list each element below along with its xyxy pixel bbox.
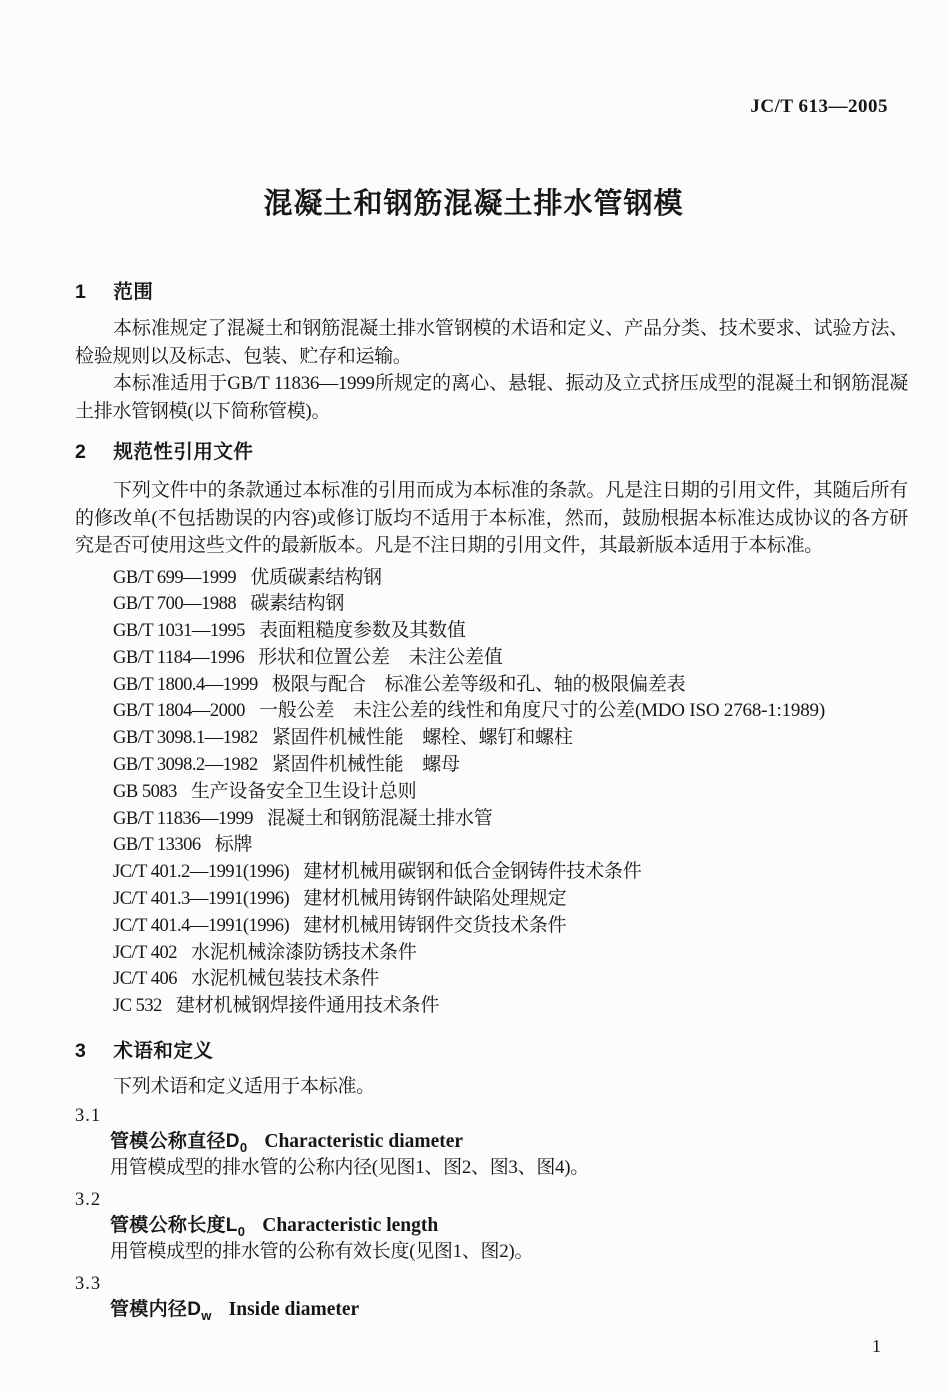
reference-item: GB 5083生产设备安全卫生设计总则: [113, 779, 908, 806]
term-zh-label: 管模公称长度L0: [110, 1215, 245, 1236]
reference-item: GB/T 13306标牌: [113, 832, 908, 859]
reference-title: 混凝土和钢筋混凝土排水管: [267, 808, 493, 829]
reference-item: GB/T 1184—1996形状和位置公差 未注公差值: [113, 645, 908, 672]
reference-code: GB/T 699—1999: [113, 568, 236, 588]
term-zh-text: 管模公称直径D: [110, 1131, 240, 1152]
terms-intro: 下列术语和定义适用于本标准。: [75, 1073, 908, 1101]
term-en-label: Characteristic length: [262, 1215, 438, 1236]
reference-code: JC/T 402: [113, 943, 177, 963]
reference-code: JC/T 401.2—1991(1996): [113, 862, 289, 882]
reference-title: 表面粗糙度参数及其数值: [259, 620, 466, 641]
document-title: 混凝土和钢筋混凝土排水管钢模: [57, 184, 890, 224]
reference-item: GB/T 1031—1995表面粗糙度参数及其数值: [113, 618, 908, 645]
reference-title: 建材机械用碳钢和低合金钢铸件技术条件: [303, 861, 641, 882]
reference-code: JC/T 406: [113, 969, 177, 989]
reference-title: 碳素结构钢: [250, 593, 344, 614]
reference-code: GB/T 1031—1995: [113, 621, 245, 641]
reference-item: GB/T 1804—2000一般公差 未注公差的线性和角度尺寸的公差(MDO I…: [113, 698, 908, 725]
term-3-1: 3.1 管模公称直径D0Characteristic diameter 用管模成…: [75, 1103, 908, 1181]
section-heading-text: 规范性引用文件: [113, 441, 253, 463]
reference-item: JC 532建材机械钢焊接件通用技术条件: [113, 993, 908, 1020]
scope-paragraph-1: 本标准规定了混凝土和钢筋混凝土排水管钢模的术语和定义、产品分类、技术要求、试验方…: [75, 315, 908, 370]
term-symbol-subscript: 0: [238, 1223, 246, 1238]
reference-code: GB/T 1800.4—1999: [113, 675, 258, 695]
reference-item: GB/T 1800.4—1999极限与配合 标准公差等级和孔、轴的极限偏差表: [113, 672, 908, 699]
page-content: 混凝土和钢筋混凝土排水管钢模 1范围 本标准规定了混凝土和钢筋混凝土排水管钢模的…: [0, 0, 950, 1323]
reference-item: GB/T 3098.2—1982紧固件机械性能 螺母: [113, 752, 908, 779]
scope-paragraph-2: 本标准适用于GB/T 11836—1999所规定的离心、悬辊、振动及立式挤压成型…: [75, 370, 908, 425]
section-terms-definitions: 3术语和定义 下列术语和定义适用于本标准。 3.1 管模公称直径D0Charac…: [75, 1037, 908, 1323]
term-heading: 管模内径DwInside diameter: [110, 1297, 908, 1323]
term-zh-label: 管模内径Dw: [110, 1299, 212, 1320]
reference-item: GB/T 3098.1—1982紧固件机械性能 螺栓、螺钉和螺柱: [113, 725, 908, 752]
section-scope: 1范围 本标准规定了混凝土和钢筋混凝土排水管钢模的术语和定义、产品分类、技术要求…: [75, 278, 908, 425]
standard-code: JC/T 613—2005: [750, 96, 888, 118]
reference-item: JC/T 406水泥机械包装技术条件: [113, 966, 908, 993]
term-heading: 管模公称长度L0Characteristic length: [110, 1213, 908, 1239]
reference-code: GB/T 3098.2—1982: [113, 755, 258, 775]
term-zh-text: 管模公称长度L: [110, 1215, 238, 1236]
term-definition: 用管模成型的排水管的公称内径(见图1、图2、图3、图4)。: [110, 1155, 908, 1181]
term-symbol-subscript: w: [201, 1307, 211, 1322]
reference-item: JC/T 401.3—1991(1996)建材机械用铸钢件缺陷处理规定: [113, 886, 908, 913]
reference-title: 一般公差 未注公差的线性和角度尺寸的公差(MDO ISO 2768-1:1989…: [259, 700, 825, 721]
reference-title: 建材机械用铸钢件交货技术条件: [303, 915, 566, 936]
term-number: 3.3: [75, 1271, 908, 1297]
reference-item: GB/T 700—1988碳素结构钢: [113, 591, 908, 618]
section-normative-references: 2规范性引用文件 下列文件中的条款通过本标准的引用而成为本标准的条款。凡是注日期…: [75, 438, 908, 1020]
term-symbol-subscript: 0: [240, 1139, 248, 1154]
section-heading-scope: 1范围: [75, 278, 908, 306]
reference-item: JC/T 401.4—1991(1996)建材机械用铸钢件交货技术条件: [113, 913, 908, 940]
normative-references-paragraph: 下列文件中的条款通过本标准的引用而成为本标准的条款。凡是注日期的引用文件，其随后…: [75, 477, 908, 560]
reference-code: GB/T 1184—1996: [113, 648, 244, 668]
reference-code: JC/T 401.4—1991(1996): [113, 916, 289, 936]
term-zh-text: 管模内径D: [110, 1299, 201, 1320]
reference-item: JC/T 401.2—1991(1996)建材机械用碳钢和低合金钢铸件技术条件: [113, 859, 908, 886]
reference-title: 建材机械用铸钢件缺陷处理规定: [303, 888, 566, 909]
reference-code: JC/T 401.3—1991(1996): [113, 889, 289, 909]
section-heading-normative-references: 2规范性引用文件: [75, 438, 908, 466]
reference-item: GB/T 699—1999优质碳素结构钢: [113, 565, 908, 592]
term-en-label: Inside diameter: [229, 1299, 360, 1320]
reference-title: 紧固件机械性能 螺栓、螺钉和螺柱: [272, 727, 573, 748]
term-heading: 管模公称直径D0Characteristic diameter: [110, 1129, 908, 1155]
page-number: 1: [872, 1336, 881, 1357]
reference-list: GB/T 699—1999优质碳素结构钢 GB/T 700—1988碳素结构钢 …: [75, 565, 908, 1021]
document-page: JC/T 613—2005 混凝土和钢筋混凝土排水管钢模 1范围 本标准规定了混…: [0, 0, 950, 1393]
reference-title: 优质碳素结构钢: [250, 567, 382, 588]
reference-code: GB/T 3098.1—1982: [113, 728, 258, 748]
reference-title: 建材机械钢焊接件通用技术条件: [176, 995, 439, 1016]
reference-code: GB/T 13306: [113, 835, 201, 855]
reference-title: 极限与配合 标准公差等级和孔、轴的极限偏差表: [272, 674, 686, 695]
reference-code: GB 5083: [113, 782, 177, 802]
reference-code: GB/T 1804—2000: [113, 701, 245, 721]
reference-title: 形状和位置公差 未注公差值: [258, 647, 502, 668]
term-definition: 用管模成型的排水管的公称有效长度(见图1、图2)。: [110, 1239, 908, 1265]
reference-item: JC/T 402水泥机械涂漆防锈技术条件: [113, 940, 908, 967]
term-en-label: Characteristic diameter: [264, 1131, 463, 1152]
section-heading-terms-definitions: 3术语和定义: [75, 1037, 908, 1065]
reference-code: GB/T 11836—1999: [113, 809, 253, 829]
term-number: 3.1: [75, 1103, 908, 1129]
term-3-3: 3.3 管模内径DwInside diameter: [75, 1271, 908, 1323]
reference-title: 标牌: [215, 834, 253, 855]
section-number: 1: [75, 278, 86, 306]
reference-code: JC 532: [113, 996, 162, 1016]
term-number: 3.2: [75, 1187, 908, 1213]
reference-title: 紧固件机械性能 螺母: [272, 754, 460, 775]
reference-title: 水泥机械包装技术条件: [191, 968, 379, 989]
term-3-2: 3.2 管模公称长度L0Characteristic length 用管模成型的…: [75, 1187, 908, 1265]
section-number: 3: [75, 1037, 86, 1065]
term-zh-label: 管模公称直径D0: [110, 1131, 247, 1152]
reference-title: 生产设备安全卫生设计总则: [191, 781, 417, 802]
reference-code: GB/T 700—1988: [113, 594, 236, 614]
section-heading-text: 范围: [113, 281, 153, 303]
section-heading-text: 术语和定义: [113, 1040, 213, 1062]
section-number: 2: [75, 438, 86, 466]
reference-title: 水泥机械涂漆防锈技术条件: [191, 942, 417, 963]
reference-item: GB/T 11836—1999混凝土和钢筋混凝土排水管: [113, 806, 908, 833]
